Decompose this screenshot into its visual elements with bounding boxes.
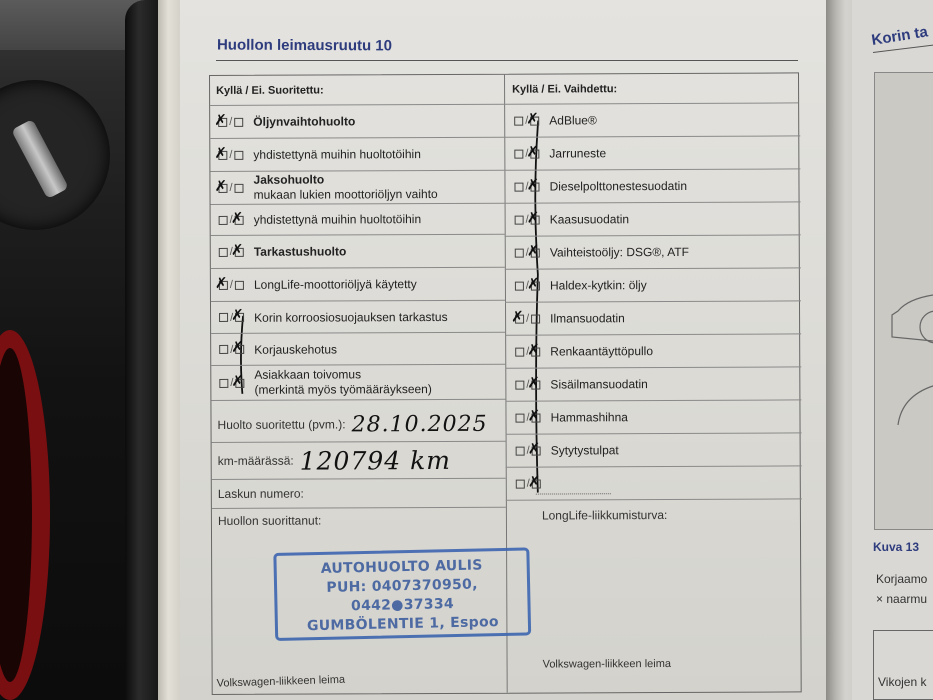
checklist-row-right: /AdBlue® [504,103,800,137]
facing-page-text: × naarmu [876,592,927,606]
no-checkbox[interactable] [531,380,540,389]
checklist-label-text: Kaasusuodatin [550,212,629,226]
stamp-footer-left: Volkswagen-liikkeen leima [216,674,345,690]
yes-checkbox[interactable] [514,149,523,158]
service-stamp-form: Kyllä / Ei. Suoritettu: Kyllä / Ei. Vaih… [209,72,802,695]
checklist-label-text: yhdistettynä muihin huoltotöihin [253,147,420,162]
left-column-header: Kyllä / Ei. Suoritettu: [216,75,502,105]
checklist-label-text: Asiakkaan toivomus [254,367,431,383]
no-checkbox[interactable] [531,314,540,323]
title-rule [216,60,798,61]
no-checkbox[interactable] [531,215,540,224]
no-checkbox[interactable] [532,479,541,488]
checklist-row-left: /yhdistettynä muihin huoltotöihin [210,138,504,172]
checklist-row-right: /Haldex-kytkin: öljy [505,268,801,302]
yes-checkbox[interactable] [219,345,228,354]
yes-checkbox[interactable] [515,248,524,257]
no-checkbox[interactable] [531,248,540,257]
checklist-label: Öljynvaihtohuolto [253,114,355,128]
yes-checkbox[interactable] [218,183,227,192]
no-checkbox[interactable] [235,345,244,354]
yes-no-checkbox[interactable]: / [513,280,542,292]
no-checkbox[interactable] [235,313,244,322]
yes-checkbox[interactable] [219,247,228,256]
yes-checkbox[interactable] [514,116,523,125]
yes-no-checkbox[interactable]: / [512,148,541,160]
checklist-row-right: / [506,466,802,500]
checklist-row-right: /Ilmansuodatin [505,301,801,335]
checklist-row-right: /Dieselpolttonestesuodatin [504,169,800,203]
checklist-row-right: /Sytytystulpat [506,433,802,467]
checklist-label: Asiakkaan toivomus(merkintä myös työmäär… [254,367,432,398]
checklist-row-left: /Öljynvaihtohuolto [210,105,504,139]
yes-no-checkbox[interactable]: / [217,311,246,323]
no-checkbox[interactable] [234,150,243,159]
checklist-label-text: Sisäilmansuodatin [550,377,647,391]
checklist-sublabel: (merkintä myös työmääräykseen) [254,382,431,398]
checklist-label-text: Sytytystulpat [551,443,619,457]
no-checkbox[interactable] [235,215,244,224]
yes-checkbox[interactable] [219,280,228,289]
stamp-footer-right: Volkswagen-liikkeen leima [543,658,671,671]
checklist-label-text: Ilmansuodatin [550,311,625,325]
checklist-row-right: /Vaihteistoöljy: DSG®, ATF [505,235,801,269]
yes-checkbox[interactable] [515,347,524,356]
no-checkbox[interactable] [531,281,540,290]
checklist-label: Tarkastushuolto [254,244,347,258]
checklist-label-text: Jarruneste [549,146,606,160]
dealer-stamp: AUTOHUOLTO AULIS PUH: 0407370950, 0442●3… [273,547,531,641]
yes-no-checkbox[interactable]: / [216,149,245,161]
checklist-label-text: AdBlue® [549,113,597,127]
checklist-row-left: /Korin korroosiosuojauksen tarkastus [211,301,505,334]
car-sketch-icon [888,285,933,425]
yes-no-checkbox[interactable]: / [217,377,246,389]
checklist-row-left: /Jaksohuoltomukaan lukien moottoriöljyn … [210,171,504,205]
longlife-label: LongLife-liikkumisturva: [542,508,667,523]
checklist-label-text: yhdistettynä muihin huoltotöihin [254,212,421,227]
facing-page-text: Vikojen k [878,675,926,689]
booklet-gutter [826,0,854,700]
yes-no-checkbox[interactable]: / [513,379,542,391]
form-title: Huollon leimausruutu 10 [217,37,392,55]
yes-checkbox[interactable] [218,150,227,159]
no-checkbox[interactable] [234,117,243,126]
no-checkbox[interactable] [532,413,541,422]
no-checkbox[interactable] [530,116,539,125]
no-checkbox[interactable] [235,280,244,289]
checklist-label-text: Öljynvaihtohuolto [253,114,355,128]
yes-checkbox[interactable] [515,413,524,422]
facing-page-text: Korjaamo [876,572,927,586]
checklist-label: LongLife-moottoriöljyä käytetty [254,277,417,292]
yes-checkbox[interactable] [516,479,525,488]
no-checkbox[interactable] [235,183,244,192]
checklist-row-right: /Renkaantäyttöpullo [505,334,801,368]
checklist-row-left: /Korjauskehotus [211,333,505,366]
yes-no-checkbox[interactable]: / [216,182,245,194]
checklist-label-text: Tarkastushuolto [254,244,347,258]
checklist-label-text: Hammashihna [551,410,628,424]
checklist-row-right: /Jarruneste [504,136,800,170]
yes-no-checkbox[interactable]: / [514,478,543,490]
checklist-label-text: Korjauskehotus [254,342,337,356]
no-checkbox[interactable] [531,347,540,356]
checklist-row-right: /Kaasusuodatin [505,202,801,236]
date-value[interactable]: 28.10.2025 [352,411,488,437]
yes-checkbox[interactable] [515,380,524,389]
checklist-row-right: /Sisäilmansuodatin [505,367,801,401]
facing-page-table [873,630,933,700]
invoice-label: Laskun numero: [218,487,304,501]
header-row: Kyllä / Ei. Suoritettu: Kyllä / Ei. Vaih… [210,73,798,106]
yes-checkbox[interactable] [219,313,228,322]
no-checkbox[interactable] [530,149,539,158]
performed-by-label: Huollon suorittanut: [218,514,321,528]
yes-no-checkbox[interactable]: / [216,116,245,128]
yes-checkbox[interactable] [219,215,228,224]
yes-no-checkbox[interactable]: / [217,246,246,258]
yes-no-checkbox[interactable]: / [513,214,542,226]
yes-no-checkbox[interactable]: / [513,247,542,259]
yes-no-checkbox[interactable]: / [217,343,246,355]
checklist-label-text: Haldex-kytkin: öljy [550,278,647,292]
km-value[interactable]: 120794 km [300,445,451,475]
checklist-label: Korin korroosiosuojauksen tarkastus [254,309,447,324]
yes-no-checkbox[interactable]: / [217,214,246,226]
checklist-label-text: Dieselpolttonestesuodatin [550,179,687,194]
checklist-label: Jaksohuoltomukaan lukien moottoriöljyn v… [253,172,437,203]
yes-checkbox[interactable] [218,117,227,126]
invoice-row: Laskun numero: [212,479,506,509]
checklist-label: Korjauskehotus [254,342,337,356]
checklist-row-left: /Tarkastushuolto [211,235,505,269]
yes-no-checkbox[interactable]: / [512,181,541,193]
checklist-row-right: /Hammashihna [505,400,801,434]
yes-checkbox[interactable] [515,215,524,224]
door-trim-edge [125,0,160,700]
yes-no-checkbox[interactable]: / [513,313,542,325]
checklist-label-text: Korin korroosiosuojauksen tarkastus [254,309,447,324]
yes-checkbox[interactable] [219,378,228,387]
checklist-row-left: /LongLife-moottoriöljyä käytetty [211,268,505,302]
no-checkbox[interactable] [235,378,244,387]
yes-no-checkbox[interactable]: / [512,115,541,127]
checklist-row-left: /yhdistettynä muihin huoltotöihin [211,204,505,236]
stamp-line: GUMBÖLENTIE 1, Espoo [278,612,528,636]
date-row: Huolto suoritettu (pvm.): 28.10.2025 [211,407,505,443]
no-checkbox[interactable] [235,247,244,256]
checklist-label-text: LongLife-moottoriöljyä käytetty [254,277,417,292]
yes-no-checkbox[interactable]: / [514,445,543,457]
yes-checkbox[interactable] [515,314,524,323]
yes-no-checkbox[interactable]: / [513,412,542,424]
no-checkbox[interactable] [531,182,540,191]
yes-no-checkbox[interactable]: / [217,279,246,291]
km-label: km-määrässä: [218,454,294,468]
yes-no-checkbox[interactable]: / [513,346,542,358]
checklist-label: yhdistettynä muihin huoltotöihin [253,147,420,162]
yes-checkbox[interactable] [514,182,523,191]
checklist-label: yhdistettynä muihin huoltotöihin [254,212,421,227]
date-label: Huolto suoritettu (pvm.): [217,417,345,432]
checklist-label-text: Vaihteistoöljy: DSG®, ATF [550,245,689,260]
figure-caption: Kuva 13 [873,540,919,554]
yes-checkbox[interactable] [516,446,525,455]
yes-checkbox[interactable] [515,281,524,290]
checklist-label-text: Jaksohuolto [253,172,437,188]
km-row: km-määrässä: 120794 km [212,442,506,480]
checklist-label-text: Renkaantäyttöpullo [550,344,653,358]
no-checkbox[interactable] [532,446,541,455]
right-column-header: Kyllä / Ei. Vaihdettu: [512,73,797,103]
checklist-sublabel: mukaan lukien moottoriöljyn vaihto [254,187,438,203]
checklist-row-left: /Asiakkaan toivomus(merkintä myös työmää… [211,365,505,401]
